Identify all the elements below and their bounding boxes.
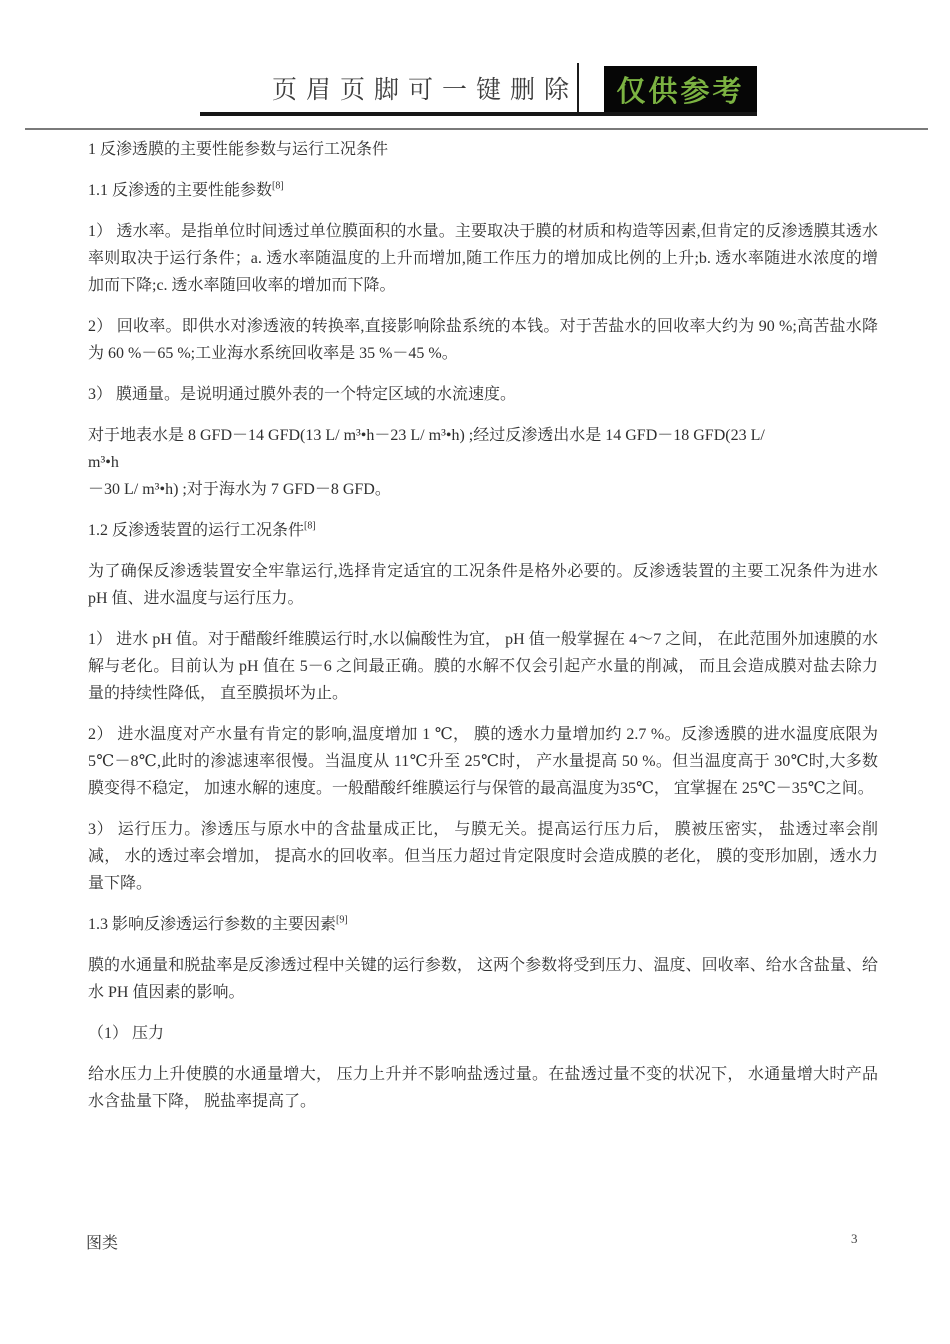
header-underline — [200, 112, 757, 116]
para-feed-ph: 1） 进水 pH 值。对于醋酸纤维膜运行时,水以偏酸性为宜， pH 值一般掌握在… — [88, 626, 878, 707]
para-water-permeability-text: 1） 透水率。是指单位时间透过单位膜面积的水量。主要取决于膜的材质和构造等因素,… — [88, 223, 878, 294]
para-membrane-flux-text: 3） 膜通量。是说明通过膜外表的一个特定区域的水流速度。 — [88, 386, 516, 403]
citation-9: [9] — [336, 915, 348, 926]
section-1-1-heading: 1.1 反渗透的主要性能参数[8] — [88, 177, 878, 204]
para-key-parameters-text: 膜的水通量和脱盐率是反渗透过程中关键的运行参数， 这两个参数将受到压力、温度、回… — [88, 957, 878, 1001]
para-operating-conditions-intro: 为了确保反渗透装置安全牢靠运行,选择肯定适宜的工况条件是格外必要的。反渗透装置的… — [88, 558, 878, 612]
section-1-heading-text: 1 反渗透膜的主要性能参数与运行工况条件 — [88, 141, 388, 158]
header-divider — [577, 63, 579, 112]
para-membrane-flux: 3） 膜通量。是说明通过膜外表的一个特定区域的水流速度。 — [88, 381, 878, 408]
para-key-parameters: 膜的水通量和脱盐率是反渗透过程中关键的运行参数， 这两个参数将受到压力、温度、回… — [88, 952, 878, 1006]
section-1-2-heading: 1.2 反渗透装置的运行工况条件[8] — [88, 517, 878, 544]
header-rule — [25, 128, 928, 130]
para-gfd-values: 对于地表水是 8 GFD－14 GFD(13 L/ m³•h－23 L/ m³•… — [88, 422, 878, 503]
para-recovery-rate-text: 2） 回收率。即供水对渗透液的转换率,直接影响除盐系统的本钱。对于苦盐水的回收率… — [88, 318, 878, 362]
citation-8b: [8] — [304, 521, 316, 532]
para-pressure-effect: 给水压力上升使膜的水通量增大， 压力上升并不影响盐透过量。在盐透过量不变的状况下… — [88, 1061, 878, 1115]
para-feed-temperature-text: 2） 进水温度对产水量有肯定的影响,温度增加 1 ℃， 膜的透水力量增加约 2.… — [88, 726, 878, 797]
para-water-permeability: 1） 透水率。是指单位时间透过单位膜面积的水量。主要取决于膜的材质和构造等因素,… — [88, 218, 878, 299]
section-1-1-heading-text: 1.1 反渗透的主要性能参数 — [88, 182, 272, 199]
para-pressure-subheading: （1） 压力 — [88, 1020, 878, 1047]
citation-8: [8] — [272, 181, 284, 192]
para-operating-pressure: 3） 运行压力。渗透压与原水中的含盐量成正比， 与膜无关。提高运行压力后， 膜被… — [88, 816, 878, 897]
page-number: 3 — [851, 1231, 858, 1247]
para-pressure-subheading-text: （1） 压力 — [88, 1025, 164, 1042]
document-body: 1 反渗透膜的主要性能参数与运行工况条件 1.1 反渗透的主要性能参数[8] 1… — [88, 136, 878, 1129]
document-page: 页眉页脚可一键删除 仅供参考 1 反渗透膜的主要性能参数与运行工况条件 1.1 … — [0, 0, 950, 1344]
para-gfd-values-text: 对于地表水是 8 GFD－14 GFD(13 L/ m³•h－23 L/ m³•… — [88, 427, 765, 498]
para-feed-ph-text: 1） 进水 pH 值。对于醋酸纤维膜运行时,水以偏酸性为宜， pH 值一般掌握在… — [88, 631, 878, 702]
section-1-heading: 1 反渗透膜的主要性能参数与运行工况条件 — [88, 136, 878, 163]
reference-badge: 仅供参考 — [604, 66, 757, 112]
footer-label: 图类 — [86, 1230, 118, 1253]
para-recovery-rate: 2） 回收率。即供水对渗透液的转换率,直接影响除盐系统的本钱。对于苦盐水的回收率… — [88, 313, 878, 367]
section-1-3-heading: 1.3 影响反渗透运行参数的主要因素[9] — [88, 911, 878, 938]
para-operating-conditions-intro-text: 为了确保反渗透装置安全牢靠运行,选择肯定适宜的工况条件是格外必要的。反渗透装置的… — [88, 563, 878, 607]
section-1-2-heading-text: 1.2 反渗透装置的运行工况条件 — [88, 522, 304, 539]
para-pressure-effect-text: 给水压力上升使膜的水通量增大， 压力上升并不影响盐透过量。在盐透过量不变的状况下… — [88, 1066, 878, 1110]
section-1-3-heading-text: 1.3 影响反渗透运行参数的主要因素 — [88, 916, 336, 933]
header-title: 页眉页脚可一键删除 — [272, 70, 578, 106]
para-operating-pressure-text: 3） 运行压力。渗透压与原水中的含盐量成正比， 与膜无关。提高运行压力后， 膜被… — [88, 821, 878, 892]
para-feed-temperature: 2） 进水温度对产水量有肯定的影响,温度增加 1 ℃， 膜的透水力量增加约 2.… — [88, 721, 878, 802]
